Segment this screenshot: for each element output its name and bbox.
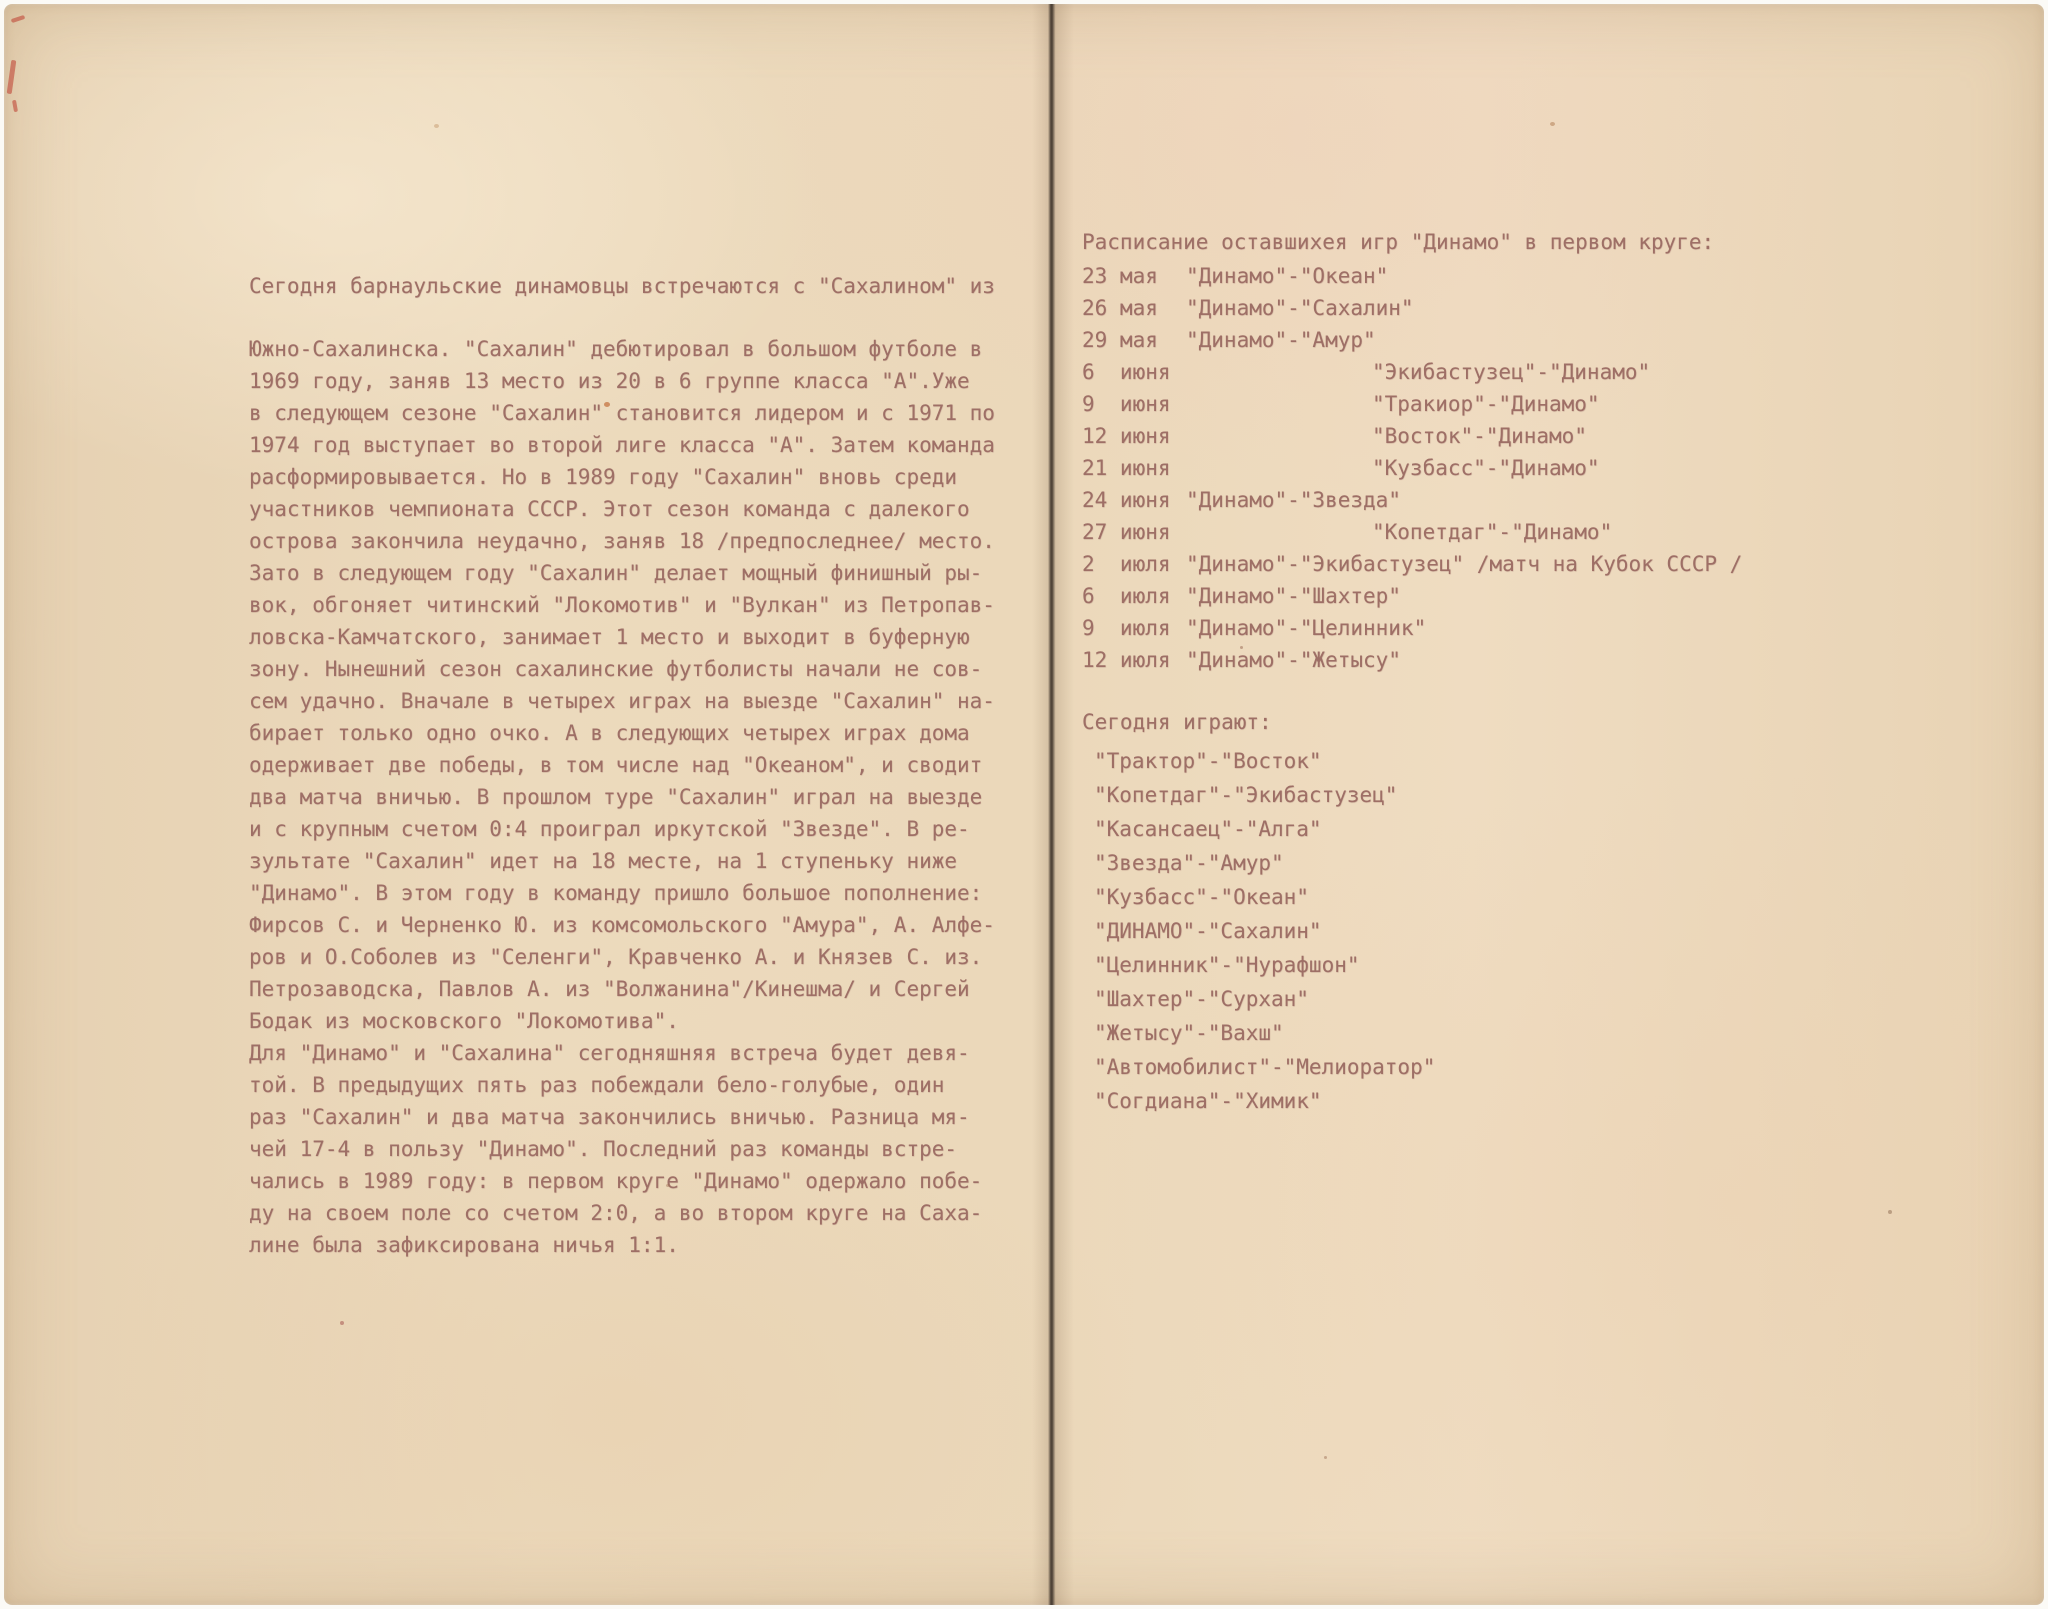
match-pairing: "Динамо"-"Экибастузец" /матч на Кубок СС… (1186, 548, 1742, 580)
schedule-row: 21 июня"Кузбасс"-"Динамо" (1082, 452, 1842, 484)
paper-speck (1888, 1210, 1892, 1214)
text-line: Для "Динамо" и "Сахалина" сегодняшняя вс… (249, 1037, 995, 1069)
match-date: 2 июля (1082, 548, 1171, 580)
match-pairing: "Копетдаг"-"Динамо" (1372, 516, 1612, 548)
match-date: 21 июня (1082, 452, 1171, 484)
paper-speck (604, 402, 610, 407)
schedule-row: 29 мая"Динамо"-"Амур" (1082, 324, 1842, 356)
text-line: той. В предыдущих пять раз побеждали бел… (249, 1069, 995, 1101)
paper-speck (1324, 1456, 1327, 1459)
match-date: 9 июня (1082, 388, 1171, 420)
text-line: вок, обгоняет читинский "Локомотив" и "В… (249, 589, 995, 621)
text-line: чались в 1989 году: в первом круге "Дина… (249, 1165, 995, 1197)
match-date: 12 июня (1082, 420, 1171, 452)
schedule-row: 27 июня"Копетдаг"-"Динамо" (1082, 516, 1842, 548)
match-pairing: "Динамо"-"Океан" (1186, 260, 1388, 292)
text-line: острова закончила неудачно, заняв 18 /пр… (249, 525, 995, 557)
match-date: 12 июля (1082, 644, 1171, 676)
fold-line (1032, 4, 1074, 1605)
schedule-heading: Расписание оставшихея игр "Динамо" в пер… (1082, 226, 1714, 258)
schedule-row: 26 мая"Динамо"-"Сахалин" (1082, 292, 1842, 324)
schedule-row: 23 мая"Динамо"-"Океан" (1082, 260, 1842, 292)
match-date: 6 июля (1082, 580, 1171, 612)
text-line: чей 17-4 в пользу "Динамо". Последний ра… (249, 1133, 995, 1165)
today-match: "Автомобилист"-"Мелиоратор" (1094, 1050, 1435, 1084)
schedule-list: 23 мая"Динамо"-"Океан"26 мая"Динамо"-"Са… (1082, 260, 1842, 676)
text-line: участников чемпионата СССР. Этот сезон к… (249, 493, 995, 525)
text-line: расформировывается. Но в 1989 году "Саха… (249, 461, 995, 493)
today-match: "Целинник"-"Нурафшон" (1094, 948, 1435, 982)
text-line: ров и О.Соболев из "Селенги", Кравченко … (249, 941, 995, 973)
match-pairing: "Кузбасс"-"Динамо" (1372, 452, 1600, 484)
schedule-row: 2 июля"Динамо"-"Экибастузец" /матч на Ку… (1082, 548, 1842, 580)
match-pairing: "Динамо"-"Амур" (1186, 324, 1376, 356)
paper-speck (340, 1321, 344, 1325)
schedule-row: 9 июля"Динамо"-"Целинник" (1082, 612, 1842, 644)
schedule-row: 24 июня"Динамо"-"Звезда" (1082, 484, 1842, 516)
text-line: сем удачно. Вначале в четырех играх на в… (249, 685, 995, 717)
red-edge-mark (7, 60, 17, 94)
paper-speck (1550, 122, 1555, 126)
text-line: 1974 год выступает во второй лиге класса… (249, 429, 995, 461)
text-line: Зато в следующем году "Сахалин" делает м… (249, 557, 995, 589)
match-pairing: "Динамо"-"Звезда" (1186, 484, 1401, 516)
text-line: зультате "Сахалин" идет на 18 месте, на … (249, 845, 995, 877)
text-line: Петрозаводска, Павлов А. из "Волжанина"/… (249, 973, 995, 1005)
schedule-row: 6 июля"Динамо"-"Шахтер" (1082, 580, 1842, 612)
today-heading: Сегодня играют: (1082, 706, 1272, 738)
match-pairing: "Экибастузец"-"Динамо" (1372, 356, 1650, 388)
match-pairing: "Динамо"-"Шахтер" (1186, 580, 1401, 612)
match-date: 6 июня (1082, 356, 1171, 388)
text-line: бирает только одно очко. А в следующих ч… (249, 717, 995, 749)
today-match: "Кузбасс"-"Океан" (1094, 880, 1435, 914)
schedule-row: 12 июля"Динамо"-"Жетысу" (1082, 644, 1842, 676)
match-date: 27 июня (1082, 516, 1171, 548)
match-date: 23 мая (1082, 260, 1158, 292)
paper-speck (1240, 646, 1243, 649)
text-line: Бодак из московского "Локомотива". (249, 1005, 995, 1037)
text-line: раз "Сахалин" и два матча закончились вн… (249, 1101, 995, 1133)
text-line: зону. Нынешний сезон сахалинские футболи… (249, 653, 995, 685)
text-line: Фирсов С. и Черненко Ю. из комсомольског… (249, 909, 995, 941)
paper-speck (666, 1184, 670, 1187)
red-edge-mark (12, 100, 18, 113)
today-match: "Шахтер"-"Сурхан" (1094, 982, 1435, 1016)
article-body: Южно-Сахалинска. "Сахалин" дебютировал в… (249, 333, 995, 1261)
text-line: и с крупным счетом 0:4 проиграл иркутско… (249, 813, 995, 845)
schedule-row: 6 июня"Экибастузец"-"Динамо" (1082, 356, 1842, 388)
today-match: "Копетдаг"-"Экибастузец" (1094, 778, 1435, 812)
schedule-row: 9 июня"Тракиор"-"Динамо" (1082, 388, 1842, 420)
text-line: лине была зафиксирована ничья 1:1. (249, 1229, 995, 1261)
today-match: "ДИНАМО"-"Сахалин" (1094, 914, 1435, 948)
match-pairing: "Динамо"-"Целинник" (1186, 612, 1426, 644)
match-pairing: "Динамо"-"Сахалин" (1186, 292, 1414, 324)
paper-speck (434, 124, 439, 128)
intro-line: Сегодня барнаульские динамовцы встречают… (249, 270, 995, 302)
text-line: Южно-Сахалинска. "Сахалин" дебютировал в… (249, 333, 995, 365)
text-line: ловска-Камчатского, занимает 1 место и в… (249, 621, 995, 653)
today-match: "Жетысу"-"Вахш" (1094, 1016, 1435, 1050)
today-games-list: "Трактор"-"Восток""Копетдаг"-"Экибастузе… (1094, 744, 1435, 1118)
match-date: 26 мая (1082, 292, 1158, 324)
match-date: 24 июня (1082, 484, 1171, 516)
match-pairing: "Динамо"-"Жетысу" (1186, 644, 1401, 676)
red-edge-mark (11, 15, 26, 23)
text-line: одерживает две победы, в том числе над "… (249, 749, 995, 781)
text-line: в следующем сезоне "Сахалин" становится … (249, 397, 995, 429)
text-line: два матча вничью. В прошлом туре "Сахали… (249, 781, 995, 813)
match-date: 9 июля (1082, 612, 1171, 644)
match-date: 29 мая (1082, 324, 1158, 356)
program-spread: Сегодня барнаульские динамовцы встречают… (4, 4, 2044, 1605)
today-match: "Согдиана"-"Химик" (1094, 1084, 1435, 1118)
match-pairing: "Восток"-"Динамо" (1372, 420, 1587, 452)
text-line: 1969 году, заняв 13 место из 20 в 6 груп… (249, 365, 995, 397)
text-line: "Динамо". В этом году в команду пришло б… (249, 877, 995, 909)
today-match: "Трактор"-"Восток" (1094, 744, 1435, 778)
today-match: "Касансаец"-"Алга" (1094, 812, 1435, 846)
schedule-row: 12 июня"Восток"-"Динамо" (1082, 420, 1842, 452)
match-pairing: "Тракиор"-"Динамо" (1372, 388, 1600, 420)
text-line: ду на своем поле со счетом 2:0, а во вто… (249, 1197, 995, 1229)
today-match: "Звезда"-"Амур" (1094, 846, 1435, 880)
